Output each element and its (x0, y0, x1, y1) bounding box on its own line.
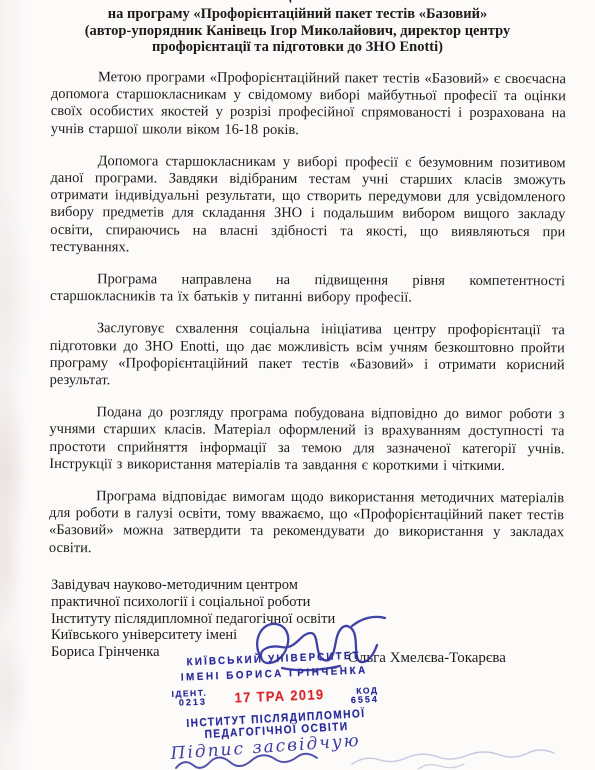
title-line-center: профорієнтації та підготовки до ЗНО Enot… (0, 39, 595, 56)
signer-position-line: Завідувач науково-методичним центром (51, 577, 335, 594)
paragraph-benefit: Допомога старшокласникам у виборі профес… (50, 152, 565, 257)
title-line-program: на програму «Профорієнтаційний пакет тес… (0, 6, 595, 23)
document-title-cut: Рецензія (0, 0, 595, 5)
document-body: Метою програми «Профорієнтаційний пакет … (49, 69, 566, 559)
title-line-author: (автор-упорядник Канівець Ігор Миколайов… (0, 23, 595, 40)
stamp-kod-field: КОД 6554 (350, 686, 379, 705)
document-title-block: на програму «Профорієнтаційний пакет тес… (0, 0, 595, 56)
signer-position-line: практичної психології і соціальної робот… (51, 594, 335, 611)
paragraph-purpose: Метою програми «Профорієнтаційний пакет … (51, 69, 566, 140)
paragraph-competence: Програма направлена на підвищення рівня … (50, 271, 565, 308)
handwritten-signature-ink (248, 610, 388, 680)
paragraph-structure: Подана до розгляду програма побудована в… (49, 404, 564, 475)
paragraph-recommendation: Програма відповідає вимогам щодо викорис… (49, 488, 564, 559)
date-stamp: 17 ТРА 2019 (234, 686, 324, 705)
stamp-ident-value: 0213 (172, 698, 208, 708)
stamp-ident-row: ІДЕНТ. 0213 17 ТРА 2019 КОД 6554 (167, 682, 383, 712)
paragraph-initiative: Заслуговує схвалення соціальна ініціатив… (50, 320, 565, 391)
scanned-document-page: Рецензія на програму «Профорієнтаційний … (0, 0, 595, 770)
stamp-kod-value: 6554 (351, 695, 379, 705)
stamp-ident-field: ІДЕНТ. 0213 (171, 689, 207, 708)
